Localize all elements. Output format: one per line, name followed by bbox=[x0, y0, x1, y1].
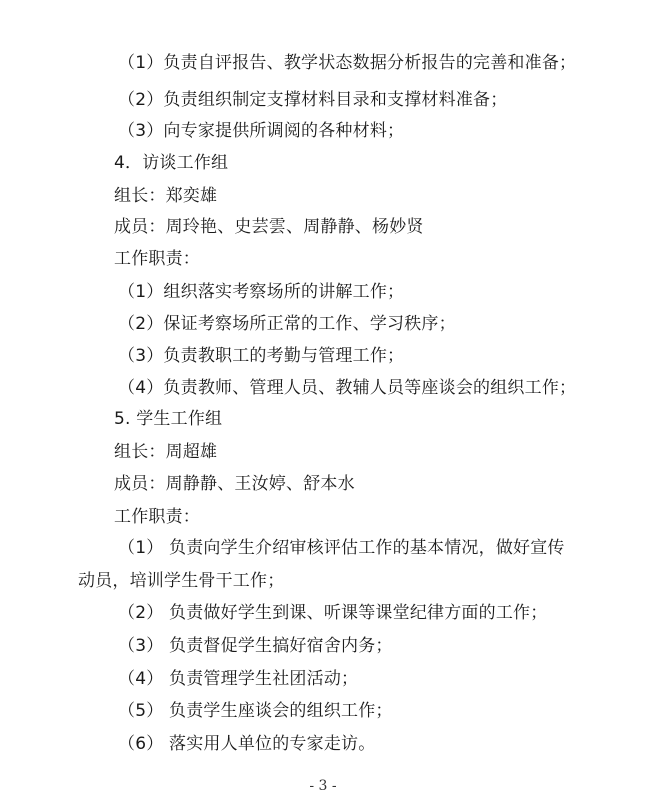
duties-label: 工作职责： bbox=[114, 506, 200, 528]
duty-item: （2）负责组织制定支撑材料目录和支撑材料准备； bbox=[118, 89, 507, 111]
document-page: （1）负责自评报告、教学状态数据分析报告的完善和准备； （2）负责组织制定支撑材… bbox=[0, 0, 646, 801]
section-heading: 5. 学生工作组 bbox=[114, 408, 222, 430]
duties-label: 工作职责： bbox=[114, 248, 200, 270]
duty-item: （6） 落实用人单位的专家走访。 bbox=[118, 733, 375, 755]
group-members: 成员：周玲艳、史芸雲、周静静、杨妙贤 bbox=[114, 216, 424, 238]
duty-item: （2）保证考察场所正常的工作、学习秩序； bbox=[118, 313, 456, 335]
duty-item: （5） 负责学生座谈会的组织工作； bbox=[118, 700, 393, 722]
duty-item: （3）负责教职工的考勤与管理工作； bbox=[118, 345, 404, 367]
group-leader: 组长：郑奕雄 bbox=[114, 185, 217, 207]
duty-item: （4） 负责管理学生社团活动； bbox=[118, 668, 358, 690]
duty-item: （1） 负责向学生介绍审核评估工作的基本情况，做好宣传 bbox=[118, 537, 565, 559]
page-number: - 3 - bbox=[0, 778, 646, 794]
duty-item: （1）负责自评报告、教学状态数据分析报告的完善和准备； bbox=[118, 52, 576, 74]
duty-item: （4）负责教师、管理人员、教辅人员等座谈会的组织工作； bbox=[118, 377, 576, 399]
duty-item: （1）组织落实考察场所的讲解工作； bbox=[118, 281, 404, 303]
duty-item: （3） 负责督促学生搞好宿舍内务； bbox=[118, 635, 393, 657]
group-members: 成员：周静静、王汝婷、舒本水 bbox=[114, 473, 355, 495]
group-leader: 组长：周超雄 bbox=[114, 441, 217, 463]
section-heading: 4．访谈工作组 bbox=[114, 152, 228, 174]
duty-item: （2） 负责做好学生到课、听课等课堂纪律方面的工作； bbox=[118, 602, 547, 624]
duty-item: （3）向专家提供所调阅的各种材料； bbox=[118, 120, 404, 142]
duty-item-continuation: 动员，培训学生骨干工作； bbox=[78, 570, 284, 592]
